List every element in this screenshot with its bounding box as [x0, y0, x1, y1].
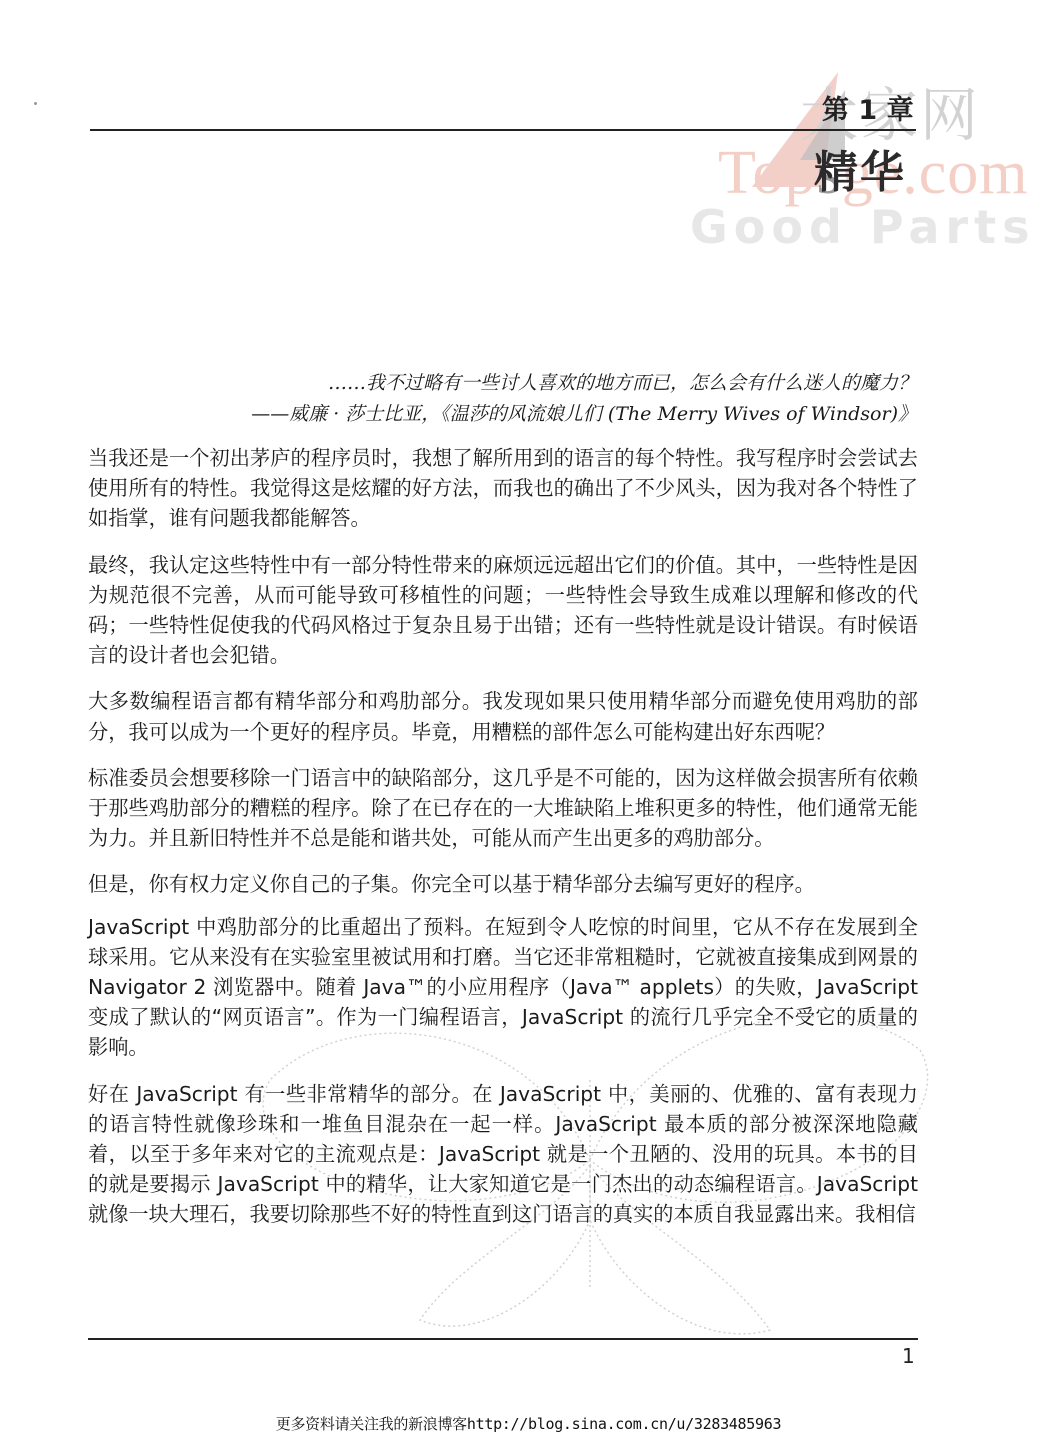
- epigraph-attribution: ——威廉 · 莎士比亚，《温莎的风流娘儿们 (The Merry Wives o…: [251, 399, 917, 430]
- chapter-title: 精华: [814, 136, 906, 200]
- paragraph: JavaScript 中鸡肋部分的比重超出了预料。在短到令人吃惊的时间里，它从不…: [88, 912, 918, 1063]
- epigraph: ……我不过略有一些讨人喜欢的地方而已，怎么会有什么迷人的魔力？ ——威廉 · 莎…: [251, 368, 917, 430]
- paragraph: 大多数编程语言都有精华部分和鸡肋部分。我发现如果只使用精华部分而避免使用鸡肋的部…: [88, 686, 918, 746]
- epigraph-quote: ……我不过略有一些讨人喜欢的地方而已，怎么会有什么迷人的魔力？: [251, 368, 917, 399]
- watermark-en-left: Top: [718, 139, 817, 207]
- footer-divider: [88, 1338, 918, 1340]
- paragraph: 当我还是一个初出茅庐的程序员时，我想了解所用到的语言的每个特性。我写程序时会尝试…: [88, 443, 918, 534]
- ghost-subtitle-good-parts: Good Parts: [690, 200, 1035, 254]
- promo-link[interactable]: 更多资料请关注我的新浪博客http://blog.sina.com.cn/u/3…: [0, 1413, 1057, 1434]
- chapter-number: 第 1 章: [822, 88, 914, 127]
- paragraph: 好在 JavaScript 有一些非常精华的部分。在 JavaScript 中，…: [88, 1079, 918, 1230]
- body-text: 当我还是一个初出茅庐的程序员时，我想了解所用到的语言的每个特性。我写程序时会尝试…: [88, 443, 918, 1246]
- paragraph: 标准委员会想要移除一门语言中的缺陷部分，这几乎是不可能的，因为这样做会损害所有依…: [88, 763, 918, 854]
- scan-dust-dot: [34, 102, 37, 105]
- paragraph: 但是，你有权力定义你自己的子集。你完全可以基于精华部分去编写更好的程序。: [88, 869, 918, 899]
- header-divider: [90, 129, 916, 131]
- page-number: 1: [902, 1344, 915, 1368]
- paragraph: 最终，我认定这些特性中有一部分特性带来的麻烦远远超出它们的价值。其中，一些特性是…: [88, 550, 918, 671]
